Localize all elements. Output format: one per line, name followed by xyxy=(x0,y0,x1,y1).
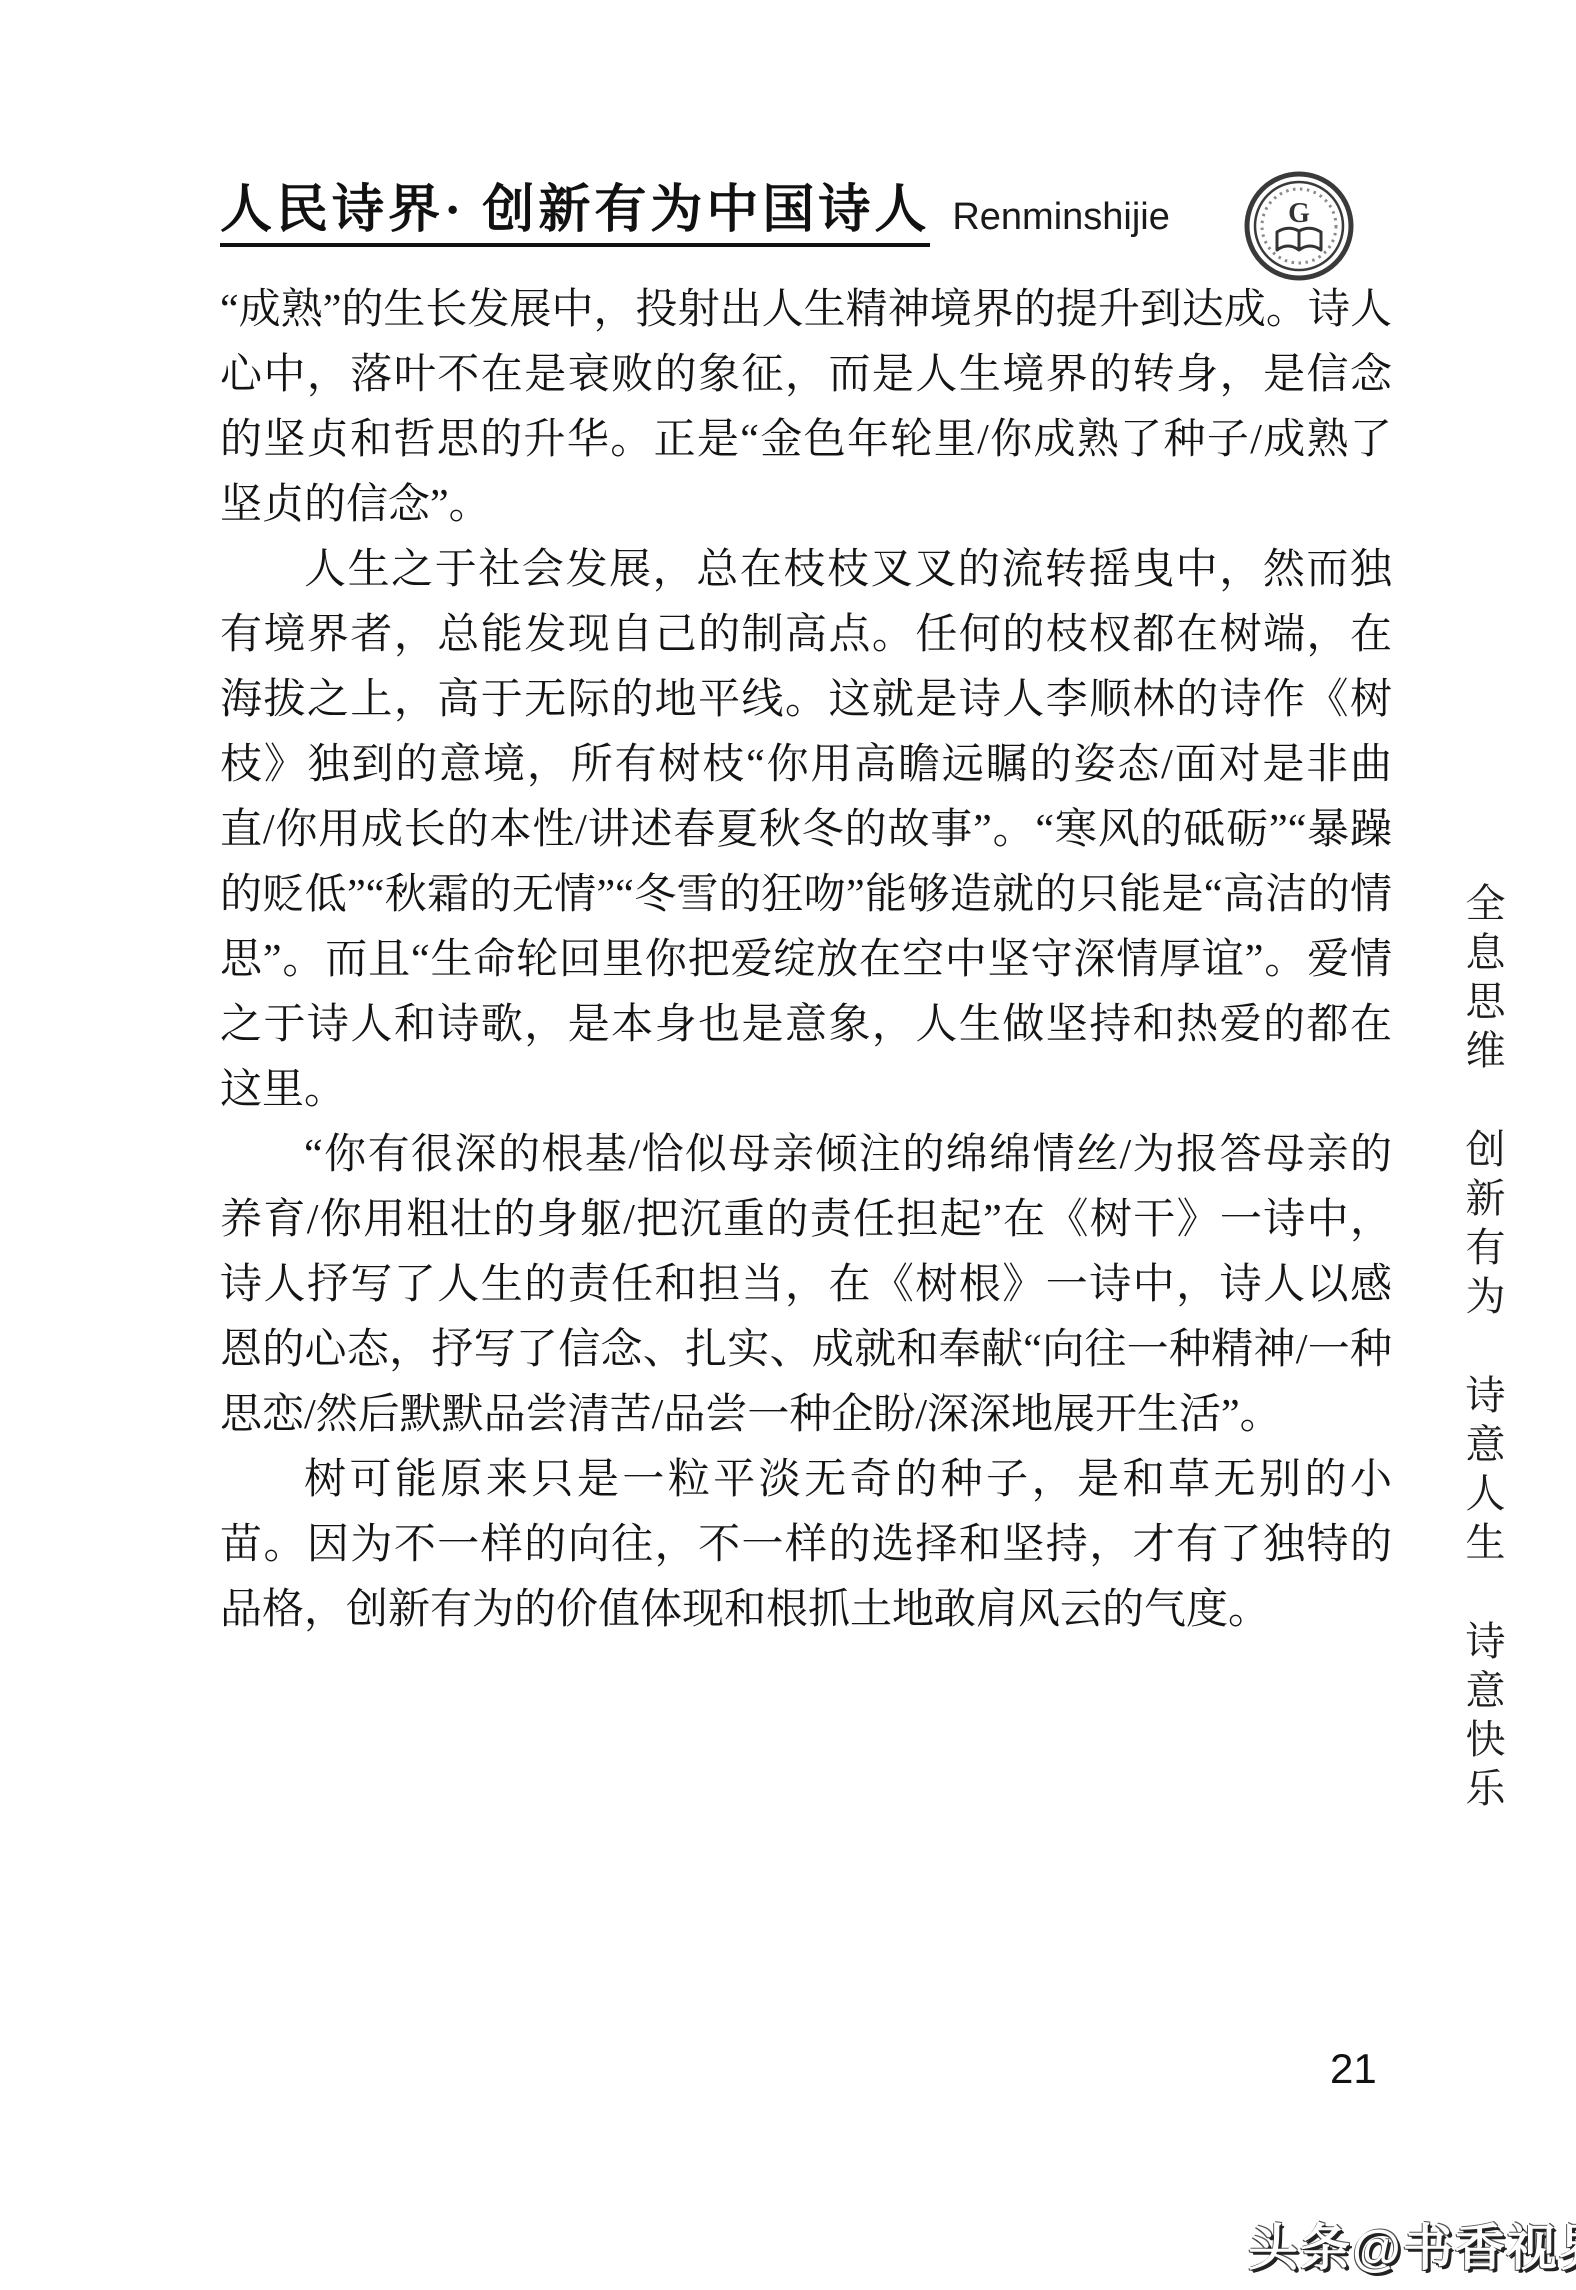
article-paragraph: 人生之于社会发展，总在枝枝叉叉的流转摇曳中，然而独有境界者，总能发现自己的制高点… xyxy=(220,538,1392,1123)
journal-title-romanized: Renminshijie xyxy=(952,196,1170,247)
side-slogan: 创新有为 xyxy=(1462,1128,1502,1324)
document-page: 人民诗界· 创新有为中国诗人 Renminshijie G “成熟”的生长发展中… xyxy=(0,0,1576,2290)
journal-seal-logo: G xyxy=(1243,170,1355,282)
seal-logo-icon: G xyxy=(1243,170,1355,282)
journal-title: 人民诗界· 创新有为中国诗人 xyxy=(220,182,930,247)
page-header: 人民诗界· 创新有为中国诗人 Renminshijie xyxy=(220,182,1400,247)
logo-letter-g: G xyxy=(1288,198,1310,229)
side-slogan: 诗意人生 xyxy=(1462,1374,1502,1570)
open-book-icon xyxy=(1277,228,1321,250)
page-number: 21 xyxy=(1330,2045,1377,2093)
article-paragraph: “你有很深的根基/恰似母亲倾注的绵绵情丝/为报答母亲的养育/你用粗壮的身躯/把沉… xyxy=(220,1123,1392,1448)
side-vertical-slogans: 全息思维 创新有为 诗意人生 诗意快乐 xyxy=(1452,882,1512,1816)
article-paragraph: “成熟”的生长发展中，投射出人生精神境界的提升到达成。诗人心中，落叶不在是衰败的… xyxy=(220,278,1392,538)
side-slogan: 诗意快乐 xyxy=(1462,1620,1502,1816)
watermark: 头条@书香视界 xyxy=(1248,2208,1576,2280)
side-slogan: 全息思维 xyxy=(1462,882,1502,1078)
article-body: “成熟”的生长发展中，投射出人生精神境界的提升到达成。诗人心中，落叶不在是衰败的… xyxy=(220,278,1392,1643)
article-paragraph: 树可能原来只是一粒平淡无奇的种子，是和草无别的小苗。因为不一样的向往，不一样的选… xyxy=(220,1448,1392,1643)
